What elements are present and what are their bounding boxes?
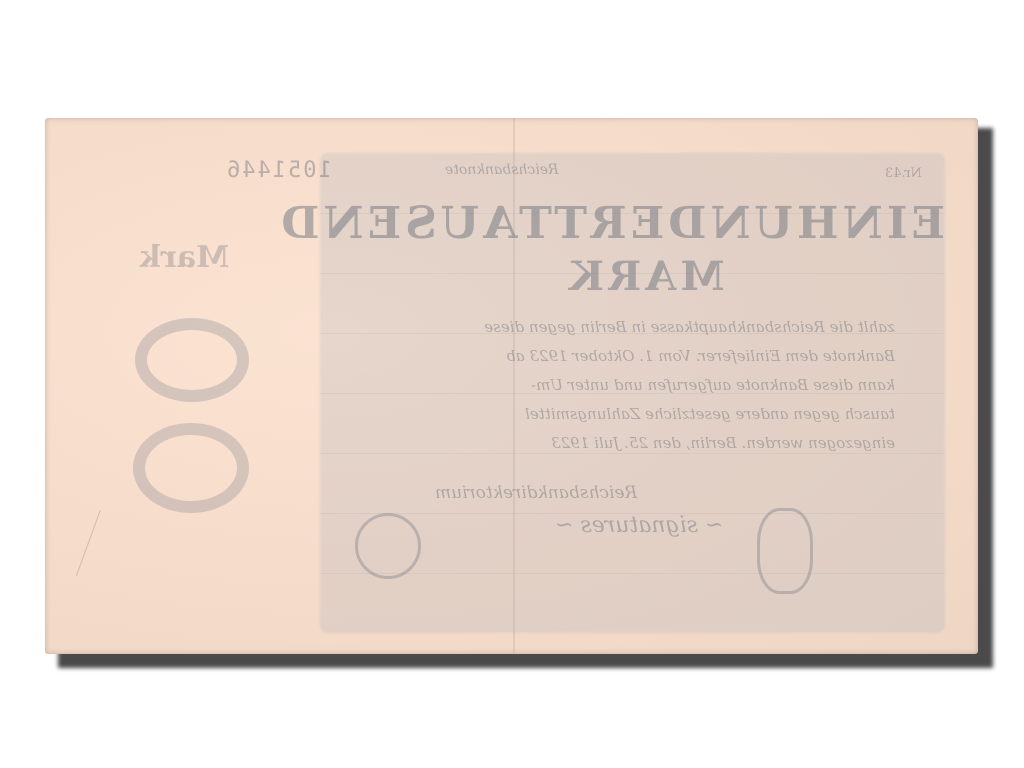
denomination-zero-2 (133, 423, 249, 513)
issuer-text: Reichsbankdirektorium (435, 483, 637, 503)
serial-number: 1051446 (225, 158, 332, 183)
side-denomination-word: Mark (140, 240, 229, 275)
title-line-2: MARK (345, 253, 945, 300)
seal-right-icon (757, 508, 813, 594)
pencil-mark (76, 510, 129, 586)
top-small-text: Reichsbanknote (445, 162, 559, 178)
signatures: ~ signatures ~ (555, 513, 723, 538)
denomination-zero-1 (135, 318, 249, 402)
body-text: zahlt die Reichsbankhauptkasse in Berlin… (355, 313, 895, 458)
corner-number: Nr.43 (885, 166, 922, 181)
title-line-1: EINHUNDERTTAUSEND (345, 198, 945, 249)
banknote: 1051446 Nr.43 Reichsbanknote EINHUNDERTT… (45, 118, 978, 654)
seal-left-icon (355, 513, 421, 579)
